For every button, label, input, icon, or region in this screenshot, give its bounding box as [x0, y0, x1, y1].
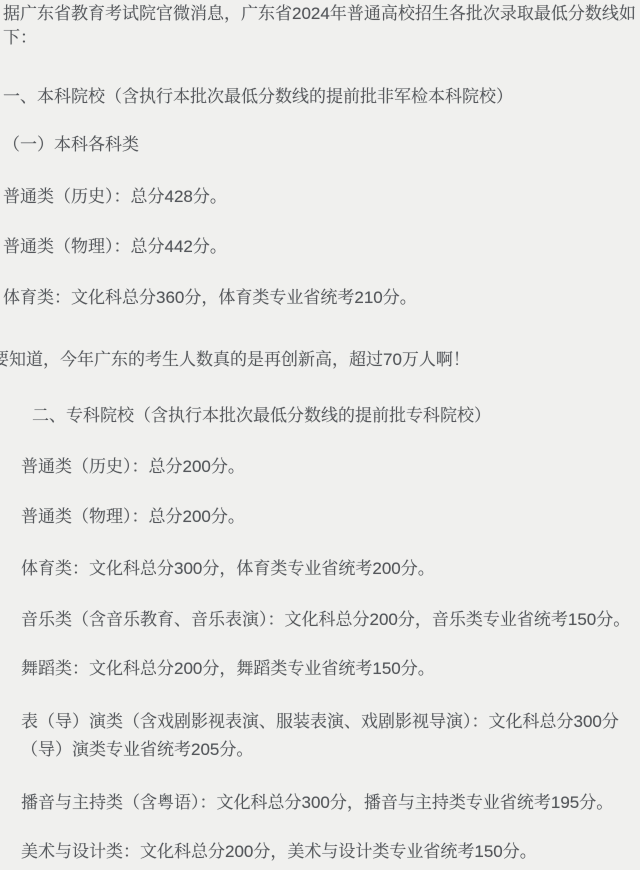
section2-heading: 二、专科院校（含执行本批次最低分数线的提前批专科院校）	[32, 404, 491, 428]
intro-line-2: 下：	[3, 26, 37, 50]
section2-item-acting-1: 表（导）演类（含戏剧影视表演、服装表演、戏剧影视导演）：文化科总分300分	[21, 710, 619, 734]
section2-item-dance: 舞蹈类：文化科总分200分，舞蹈类专业省统考150分。	[21, 657, 435, 681]
section2-item-acting-2: （导）演类专业省统考205分。	[21, 738, 253, 762]
intro-line-1: 据广东省教育考试院官微消息，广东省2024年普通高校招生各批次录取最低分数线如	[3, 2, 636, 26]
section2-item-sports: 体育类：文化科总分300分，体育类专业省统考200分。	[21, 557, 435, 581]
section1-item-sports: 体育类：文化科总分360分，体育类专业省统考210分。	[3, 286, 417, 310]
section2-item-music: 音乐类（含音乐教育、音乐表演）：文化科总分200分，音乐类专业省统考150分。	[21, 608, 630, 632]
article-body: 据广东省教育考试院官微消息，广东省2024年普通高校招生各批次录取最低分数线如 …	[0, 0, 640, 870]
section1-subheading: （一）本科各科类	[3, 133, 139, 157]
section1-item-history: 普通类（历史）：总分428分。	[3, 185, 227, 209]
section2-item-broadcast: 播音与主持类（含粤语）：文化科总分300分，播音与主持类专业省统考195分。	[21, 791, 613, 815]
section2-item-physics: 普通类（物理）：总分200分。	[21, 505, 245, 529]
section1-heading: 一、本科院校（含执行本批次最低分数线的提前批非军检本科院校）	[3, 85, 513, 109]
section1-item-physics: 普通类（物理）：总分442分。	[3, 235, 227, 259]
section2-item-history: 普通类（历史）：总分200分。	[21, 455, 245, 479]
section2-item-art-design: 美术与设计类：文化科总分200分，美术与设计类专业省统考150分。	[21, 840, 537, 864]
commentary-line: 要知道，今年广东的考生人数真的是再创新高，超过70万人啊！	[0, 348, 470, 372]
